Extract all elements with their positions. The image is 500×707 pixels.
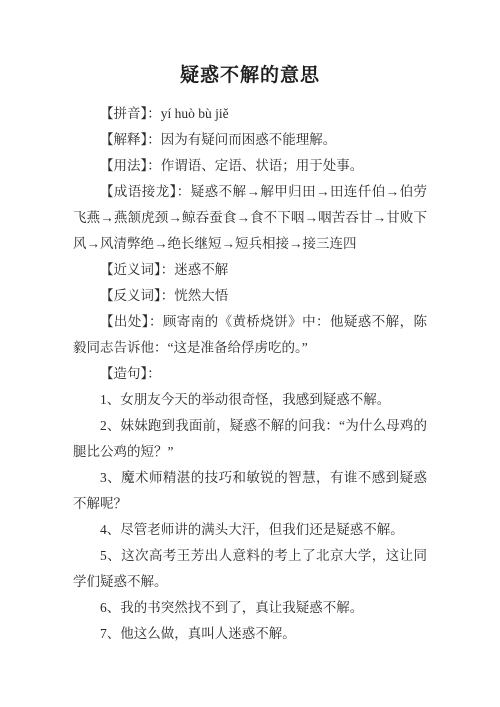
sentence-item-7: 7、他这么做，真叫人迷惑不解。 — [73, 621, 427, 647]
paragraph-synonyms: 【近义词】：迷惑不解 — [73, 257, 427, 283]
document-page: 疑惑不解的意思 【拼音】：yí huò bù jiě 【解释】：因为有疑问而困惑… — [0, 0, 500, 707]
page-title: 疑惑不解的意思 — [0, 0, 500, 87]
document-body: 【拼音】：yí huò bù jiě 【解释】：因为有疑问而困惑不能理解。 【用… — [73, 101, 427, 647]
sentence-item-5: 5、这次高考王芳出人意料的考上了北京大学，这让同学们疑惑不解。 — [73, 543, 427, 595]
sentence-item-6: 6、我的书突然找不到了，真让我疑惑不解。 — [73, 595, 427, 621]
paragraph-sentences-label: 【造句】： — [73, 361, 427, 387]
paragraph-explanation: 【解释】：因为有疑问而困惑不能理解。 — [73, 127, 427, 153]
paragraph-antonyms: 【反义词】：恍然大悟 — [73, 283, 427, 309]
paragraph-pinyin: 【拼音】：yí huò bù jiě — [73, 101, 427, 127]
paragraph-source: 【出处】：顾寄南的《黄桥烧饼》中：他疑惑不解，陈毅同志告诉他：“这是准备给俘虏吃… — [73, 309, 427, 361]
sentence-item-3: 3、魔术师精湛的技巧和敏锐的智慧，有谁不感到疑惑不解呢？ — [73, 465, 427, 517]
paragraph-usage: 【用法】：作谓语、定语、状语；用于处事。 — [73, 153, 427, 179]
sentence-item-1: 1、女朋友今天的举动很奇怪，我感到疑惑不解。 — [73, 387, 427, 413]
paragraph-idiom-chain: 【成语接龙】：疑惑不解→解甲归田→田连仟伯→伯劳飞燕→燕颔虎颈→鲸吞蚕食→食不下… — [73, 179, 427, 257]
sentence-item-4: 4、尽管老师讲的满头大汗，但我们还是疑惑不解。 — [73, 517, 427, 543]
sentence-item-2: 2、妹妹跑到我面前，疑惑不解的问我：“为什么母鸡的腿比公鸡的短？” — [73, 413, 427, 465]
